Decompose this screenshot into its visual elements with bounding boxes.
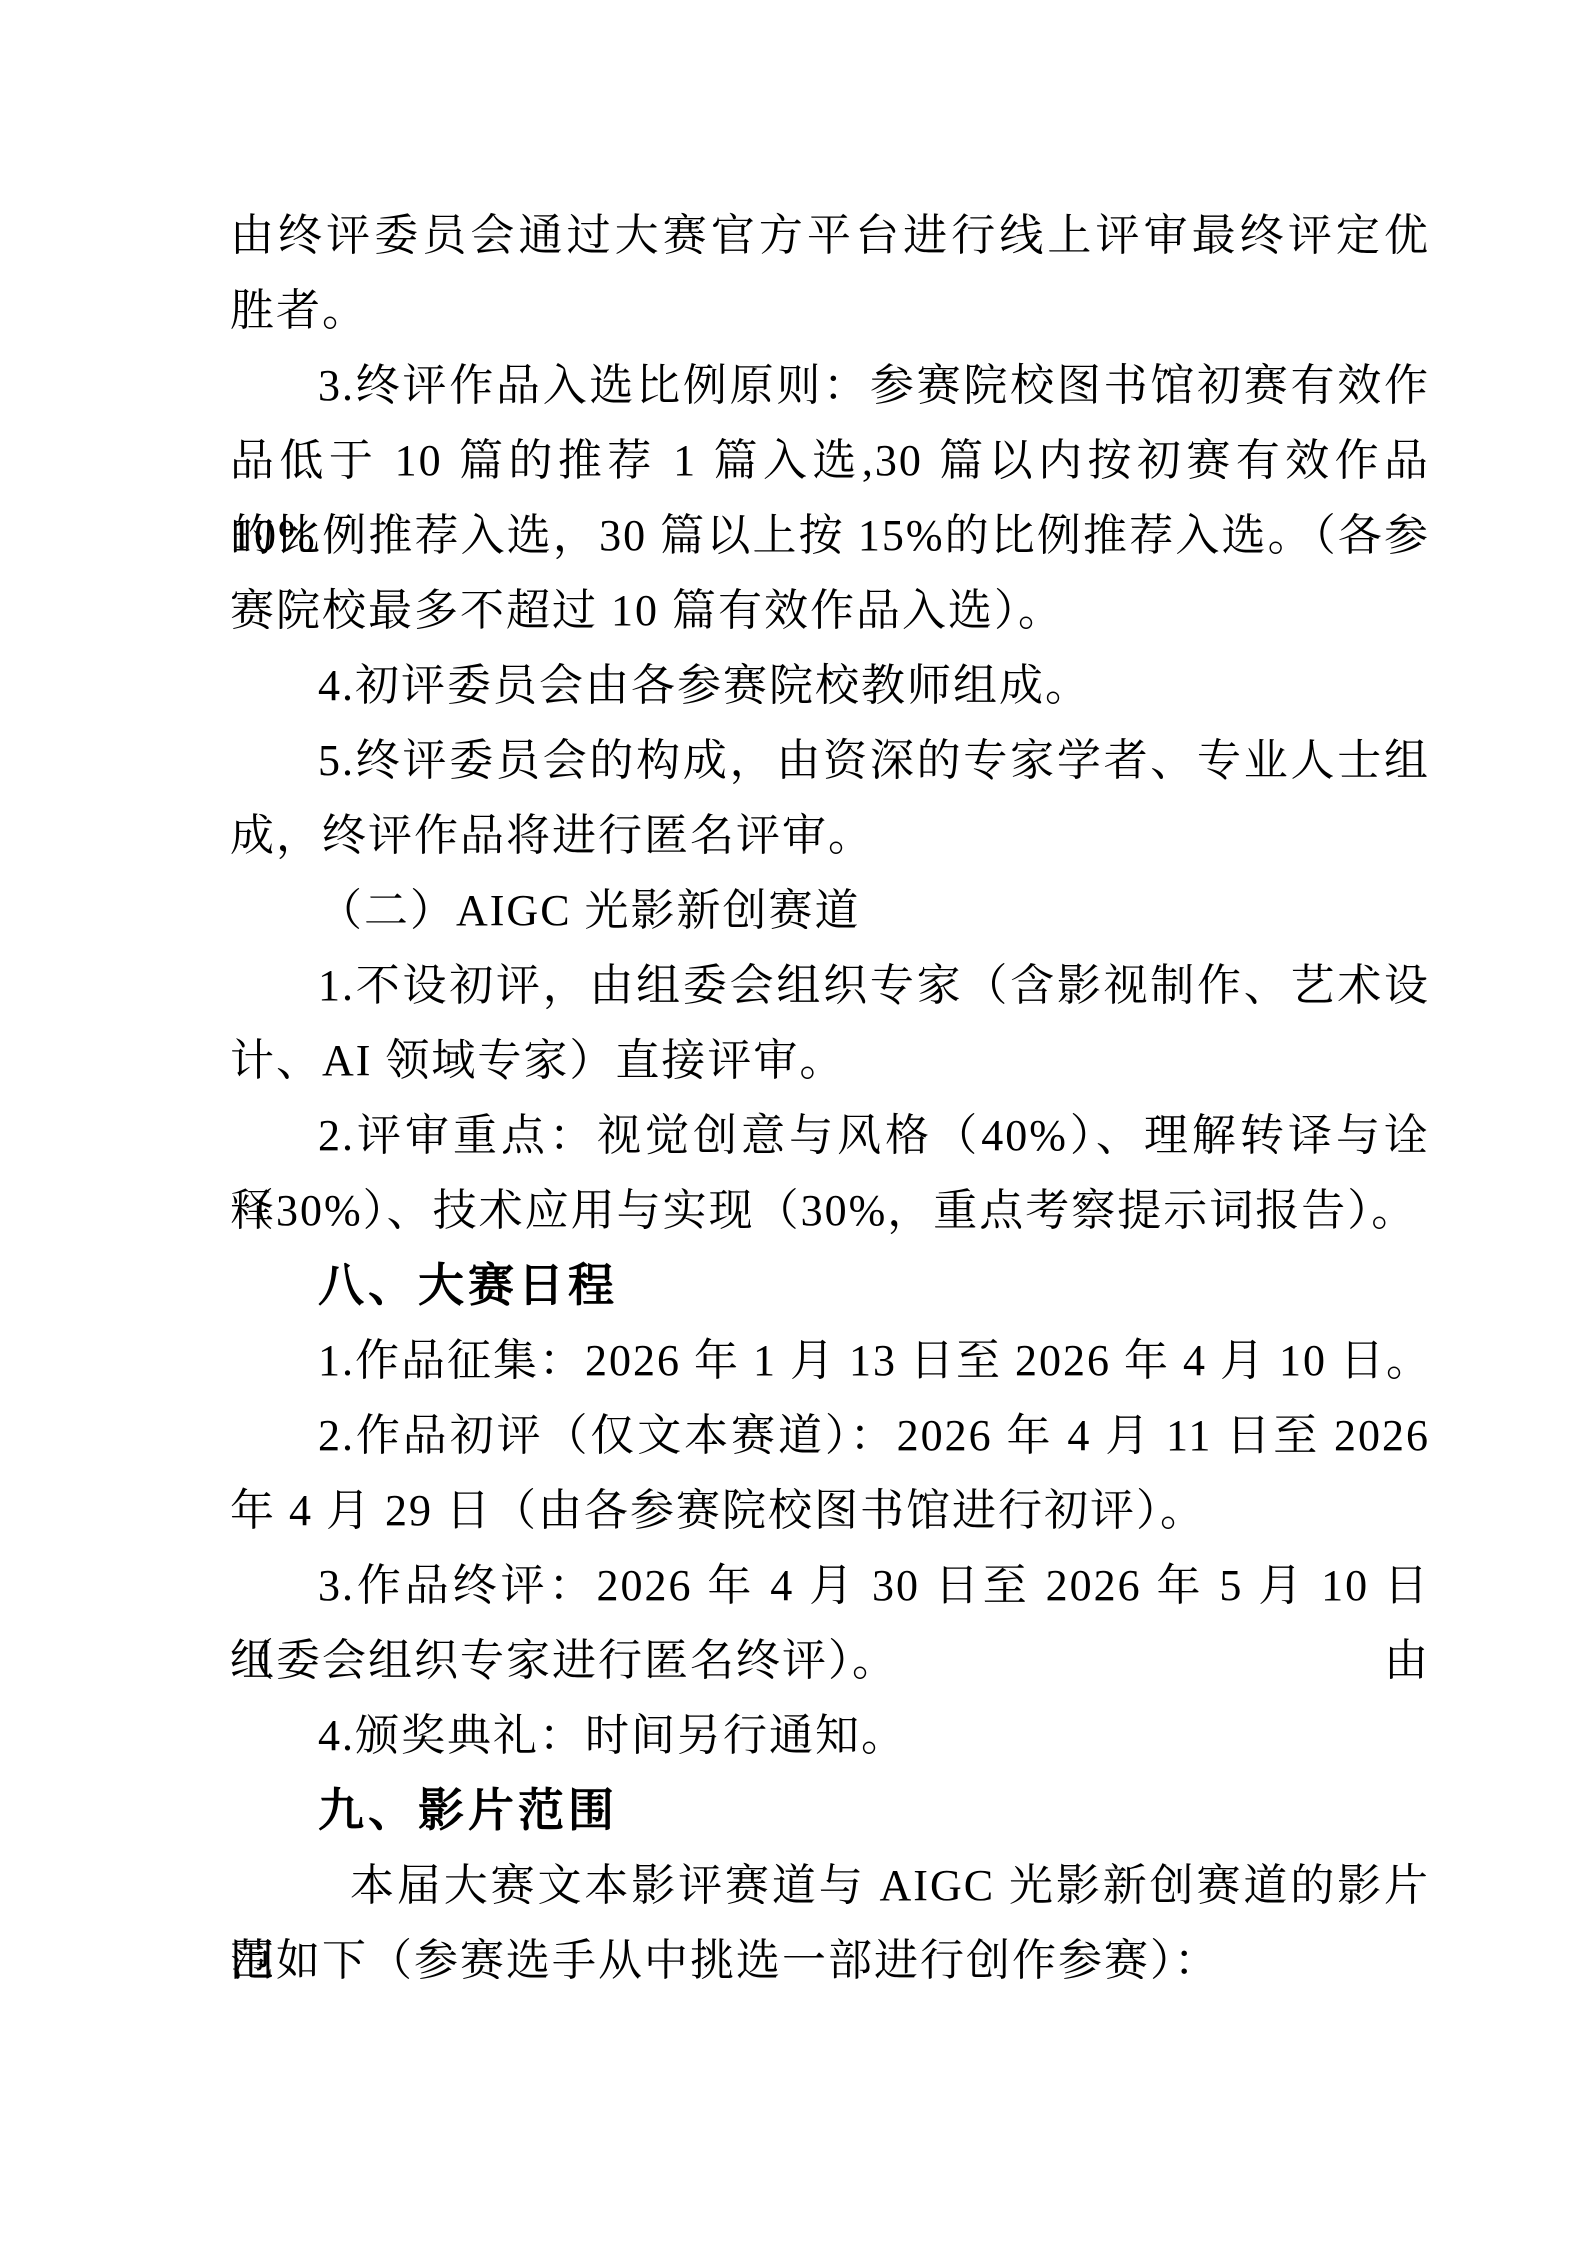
doc-line: 1.作品征集：2026 年 1 月 13 日至 2026 年 4 月 10 日。 (230, 1323, 1430, 1398)
doc-line: 4.初评委员会由各参赛院校教师组成。 (230, 648, 1430, 723)
doc-subheading-aigc: （二）AIGC 光影新创赛道 (230, 873, 1430, 948)
doc-line: 4.颁奖典礼：时间另行通知。 (230, 1698, 1430, 1773)
section-heading-schedule: 八、大赛日程 (230, 1248, 1430, 1323)
doc-line: 2.作品初评（仅文本赛道）：2026 年 4 月 11 日至 2026 (230, 1398, 1430, 1473)
doc-line: 本届大赛文本影评赛道与 AIGC 光影新创赛道的影片范 (230, 1848, 1430, 1923)
doc-line: 2.评审重点：视觉创意与风格（40%）、理解转译与诠释 (230, 1098, 1430, 1173)
doc-line: 胜者。 (230, 273, 1430, 348)
doc-line: 年 4 月 29 日（由各参赛院校图书馆进行初评）。 (230, 1473, 1430, 1548)
doc-line: 3.终评作品入选比例原则：参赛院校图书馆初赛有效作 (230, 348, 1430, 423)
document-page: 由终评委员会通过大赛官方平台进行线上评审最终评定优 胜者。 3.终评作品入选比例… (0, 0, 1587, 2245)
doc-line: 3.作品终评：2026 年 4 月 30 日至 2026 年 5 月 10 日（… (230, 1548, 1430, 1623)
doc-line: 5.终评委员会的构成，由资深的专家学者、专业人士组 (230, 723, 1430, 798)
doc-line: 1.不设初评，由组委会组织专家（含影视制作、艺术设 (230, 948, 1430, 1023)
section-heading-films: 九、影片范围 (230, 1773, 1430, 1848)
doc-line: 成，终评作品将进行匿名评审。 (230, 798, 1430, 873)
doc-line: 的比例推荐入选，30 篇以上按 15%的比例推荐入选。（各参 (230, 498, 1430, 573)
doc-line: （30%）、技术应用与实现（30%，重点考察提示词报告）。 (230, 1173, 1430, 1248)
doc-line: 品低于 10 篇的推荐 1 篇入选,30 篇以内按初赛有效作品 10% (230, 423, 1430, 498)
text-column: 由终评委员会通过大赛官方平台进行线上评审最终评定优 胜者。 3.终评作品入选比例… (230, 198, 1430, 1998)
doc-line: 由终评委员会通过大赛官方平台进行线上评审最终评定优 (230, 198, 1430, 273)
doc-line: 围如下（参赛选手从中挑选一部进行创作参赛）： (230, 1923, 1430, 1998)
doc-line: 计、AI 领域专家）直接评审。 (230, 1023, 1430, 1098)
doc-line: 赛院校最多不超过 10 篇有效作品入选）。 (230, 573, 1430, 648)
